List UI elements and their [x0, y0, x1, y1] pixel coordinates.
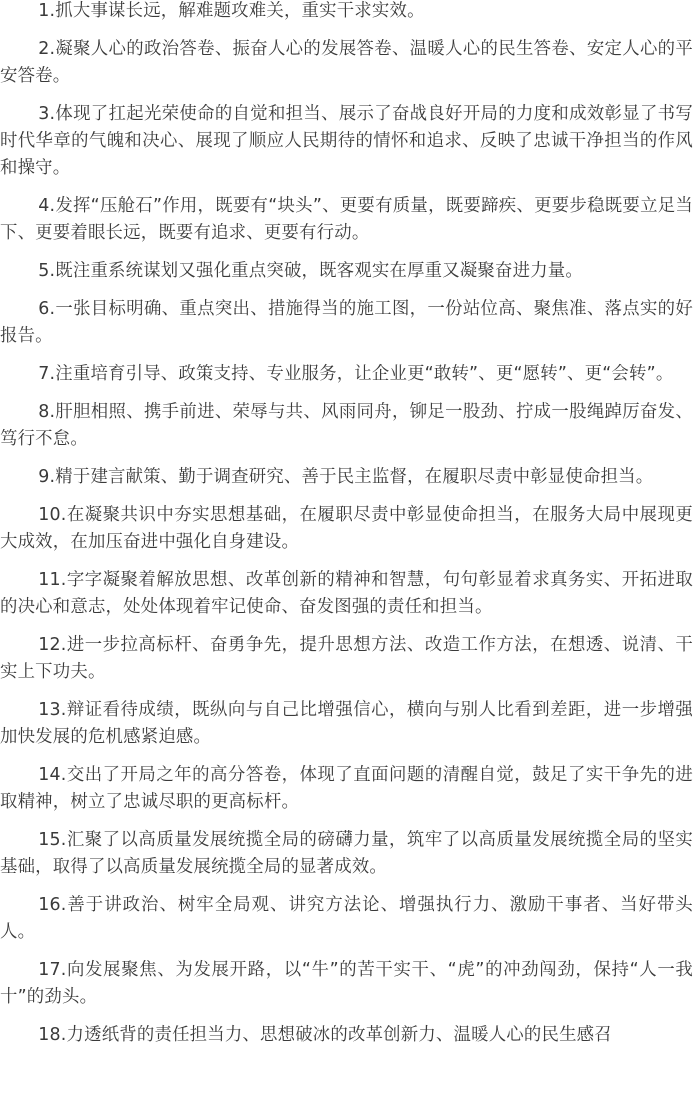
paragraph-9: 9.精于建言献策、勤于调查研究、善于民主监督，在履职尽责中彰显使命担当。 [0, 464, 693, 491]
paragraph-12: 12.进一步拉高标杆、奋勇争先，提升思想方法、改造工作方法，在想透、说清、干实上… [0, 632, 693, 686]
paragraph-14: 14.交出了开局之年的高分答卷，体现了直面问题的清醒自觉，鼓足了实干争先的进取精… [0, 762, 693, 816]
paragraph-10: 10.在凝聚共识中夯实思想基础，在履职尽责中彰显使命担当，在服务大局中展现更大成… [0, 502, 693, 556]
paragraph-7: 7.注重培育引导、政策支持、专业服务，让企业更“敢转”、更“愿转”、更“会转”。 [0, 361, 693, 388]
paragraph-13: 13.辩证看待成绩，既纵向与自己比增强信心，横向与别人比看到差距，进一步增强加快… [0, 697, 693, 751]
paragraph-3: 3.体现了扛起光荣使命的自觉和担当、展示了奋战良好开局的力度和成效彰显了书写时代… [0, 101, 693, 182]
paragraph-2: 2.凝聚人心的政治答卷、振奋人心的发展答卷、温暖人心的民生答卷、安定人心的平安答… [0, 36, 693, 90]
paragraph-4: 4.发挥“压舱石”作用，既要有“块头”、更要有质量，既要蹄疾、更要步稳既要立足当… [0, 193, 693, 247]
paragraph-11: 11.字字凝聚着解放思想、改革创新的精神和智慧，句句彰显着求真务实、开拓进取的决… [0, 567, 693, 621]
paragraph-6: 6.一张目标明确、重点突出、措施得当的施工图，一份站位高、聚焦准、落点实的好报告… [0, 296, 693, 350]
paragraph-17: 17.向发展聚焦、为发展开路，以“牛”的苦干实干、“虎”的冲劲闯劲，保持“人一我… [0, 957, 693, 1011]
article-body: 1.抓大事谋长远，解难题攻难关，重实干求实效。 2.凝聚人心的政治答卷、振奋人心… [0, 0, 693, 1049]
paragraph-1: 1.抓大事谋长远，解难题攻难关，重实干求实效。 [0, 0, 693, 25]
paragraph-18: 18.力透纸背的责任担当力、思想破冰的改革创新力、温暖人心的民生感召 [0, 1022, 693, 1049]
paragraph-5: 5.既注重系统谋划又强化重点突破，既客观实在厚重又凝聚奋进力量。 [0, 258, 693, 285]
paragraph-16: 16.善于讲政治、树牢全局观、讲究方法论、增强执行力、激励干事者、当好带头人。 [0, 892, 693, 946]
paragraph-8: 8.肝胆相照、携手前进、荣辱与共、风雨同舟，铆足一股劲、拧成一股绳踔厉奋发、笃行… [0, 399, 693, 453]
paragraph-15: 15.汇聚了以高质量发展统揽全局的磅礴力量，筑牢了以高质量发展统揽全局的坚实基础… [0, 827, 693, 881]
